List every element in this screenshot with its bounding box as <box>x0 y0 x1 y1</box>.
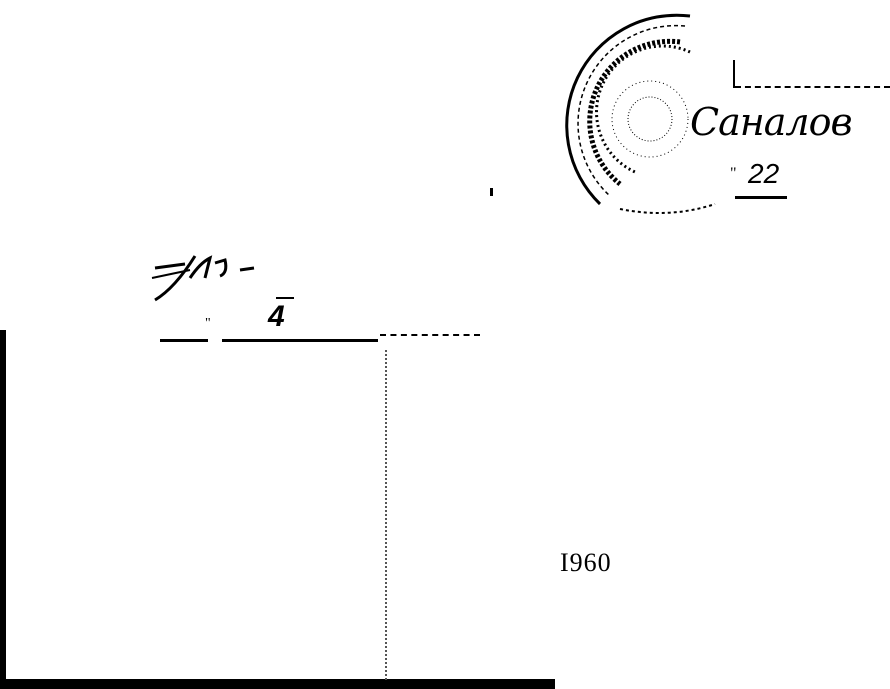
stamp-edge-line <box>733 60 735 88</box>
date-month: 4 <box>268 300 285 334</box>
date-day-underline <box>735 196 787 199</box>
scan-speck <box>490 188 493 196</box>
date-quote-mark-left: " <box>205 316 211 332</box>
initials-signature <box>150 248 290 308</box>
month-overline <box>276 297 294 299</box>
signature-right: Саналов <box>690 100 890 160</box>
date-day: 22 <box>748 158 779 190</box>
handwritten-initials-icon <box>150 248 290 308</box>
signature-text: Саналов <box>690 100 852 144</box>
date-line-long <box>222 339 378 342</box>
page-border-left <box>0 330 6 689</box>
date-dashed-line <box>380 334 480 336</box>
page-border-bottom <box>0 679 555 689</box>
date-line-short <box>160 339 208 342</box>
signature-dashed-line <box>735 86 890 88</box>
fold-dotted-line <box>385 350 387 680</box>
date-quote-mark-right: " <box>730 165 737 183</box>
document-year: I960 <box>560 548 612 578</box>
